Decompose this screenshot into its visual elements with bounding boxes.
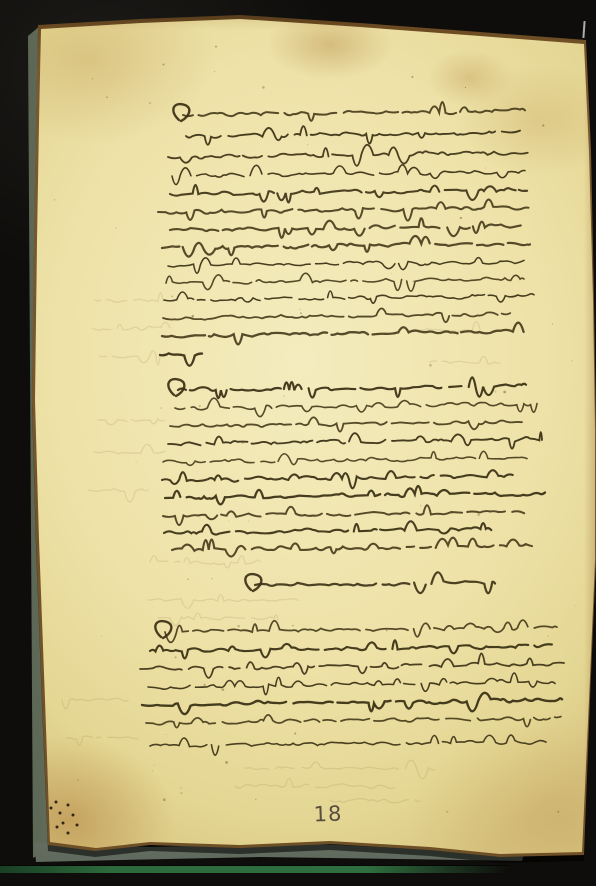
initial-flourish [245,574,261,591]
handwriting-line [165,620,557,642]
handwriting-line [162,323,524,345]
handwriting-line [150,640,552,658]
handwriting-line [170,417,522,431]
handwriting-line [163,505,524,525]
handwriting-line [168,145,528,166]
handwriting-line [140,653,564,677]
handwriting-line [150,735,546,755]
handwriting-line [172,165,525,185]
handwriting-line [164,521,491,534]
handwriting-line [170,185,527,203]
ghost-writing-show-through [62,293,500,803]
page-number: 18 [306,799,351,829]
handwriting-line [148,673,555,695]
handwriting-line [168,258,524,274]
handwriting-line [146,715,561,728]
handwriting-line [183,102,525,121]
handwriting-line [166,273,524,291]
paper-specks [54,46,576,813]
handwriting-line [178,377,526,398]
paragraph-2 [162,377,545,556]
handwriting-line [168,432,542,448]
initial-flourish [155,621,171,638]
handwriting-line [160,353,202,365]
handwriting-line [158,200,529,221]
paragraph-3 [140,620,564,755]
initial-flourish [173,104,189,121]
handwriting-line [165,486,545,504]
paragraph-1 [158,102,534,366]
handwriting-line [255,572,495,593]
handwriting-line [175,398,537,416]
handwriting-line [162,236,530,257]
handwriting-line [163,308,510,322]
handwriting-line [186,126,520,145]
section-heading [245,572,495,593]
wormholes [50,801,79,835]
handwriting-line [164,291,534,303]
handwriting-line [142,693,562,714]
handwriting-ink [0,0,596,886]
handwriting-line [172,538,532,557]
handwriting-line [163,451,527,465]
photo-background: 18 [0,0,596,886]
handwriting-line [162,470,513,488]
handwriting-line [170,218,521,238]
